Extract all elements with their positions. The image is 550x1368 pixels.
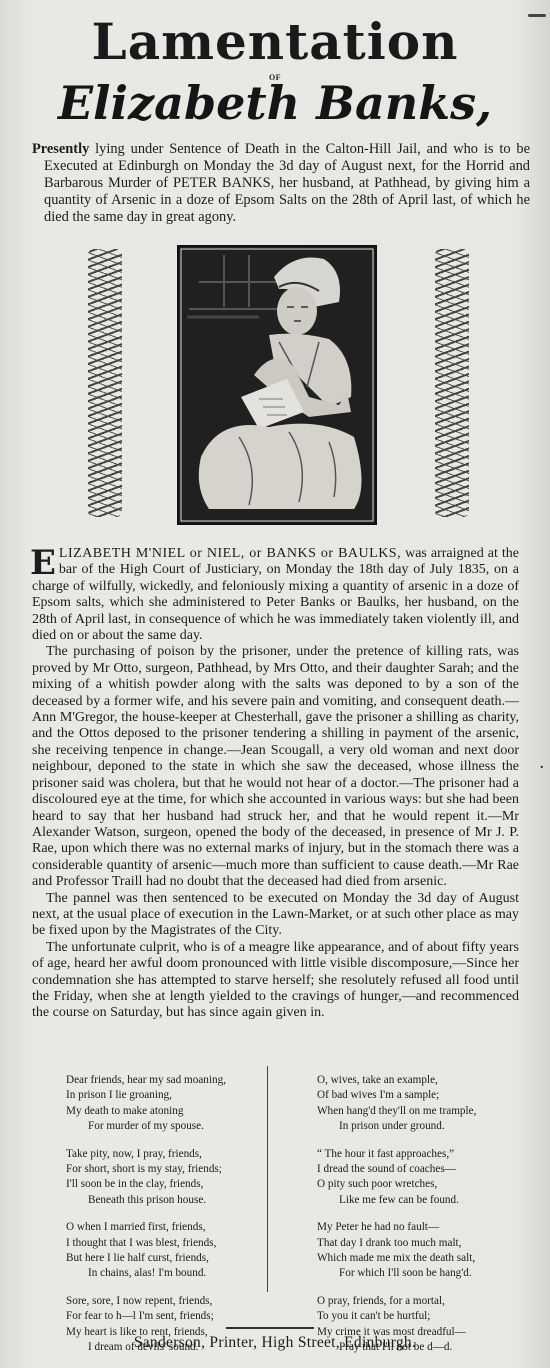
title-name: Elizabeth Banks, (0, 76, 550, 130)
verse-line: Sore, sore, I now repent, friends, (66, 1294, 226, 1309)
accused-names: LIZABETH M'NIEL or NIEL, or BANKS or BAU… (59, 546, 401, 561)
verse-line: But here I lie half curst, friends, (66, 1251, 226, 1266)
verse-line: For short, short is my stay, friends; (66, 1162, 226, 1177)
verse-line: O pray, friends, for a mortal, (317, 1294, 476, 1309)
verse-line: Beneath this prison house. (66, 1193, 226, 1208)
footer-rule-divider (226, 1327, 314, 1329)
scroll-border-left-ornament (88, 249, 122, 517)
woman-reading-icon (179, 247, 375, 523)
verse-line: That day I drank too much malt, (317, 1236, 476, 1251)
subtitle-lead: Presently (32, 141, 89, 157)
verse-line: To you it can't be hurtful; (317, 1309, 476, 1324)
verse-line: Which made me mix the death salt, (317, 1251, 476, 1266)
subtitle-text: lying under Sentence of Death in the Cal… (44, 141, 530, 225)
verse-line: Of bad wives I'm a sample; (317, 1088, 476, 1103)
verse-line: O when I married first, friends, (66, 1220, 226, 1235)
verse-line: My death to make atoning (66, 1104, 226, 1119)
verse-line: In prison I lie groaning, (66, 1088, 226, 1103)
paragraph-sentence: The pannel was then sentenced to be exec… (32, 891, 519, 940)
verse-line: For murder of my spouse. (66, 1119, 226, 1134)
stanza: “ The hour it fast approaches,” I dread … (317, 1147, 476, 1209)
verse-line: Dear friends, hear my sad moaning, (66, 1073, 226, 1088)
verse-line: My Peter he had no fault— (317, 1220, 476, 1235)
stanza: O, wives, take an example, Of bad wives … (317, 1073, 476, 1135)
stanza: My Peter he had no fault— That day I dra… (317, 1220, 476, 1282)
verse-column-right: O, wives, take an example, Of bad wives … (317, 1073, 476, 1368)
verse-line: O pity such poor wretches, (317, 1177, 476, 1192)
paragraph-culprit: The unfortunate culprit, who is of a mea… (32, 940, 519, 1022)
verse-line: In prison under ground. (317, 1119, 476, 1134)
verse-line: In chains, alas! I'm bound. (66, 1266, 226, 1281)
verse-line: For which I'll soon be hang'd. (317, 1266, 476, 1281)
verse-line: Like me few can be found. (317, 1193, 476, 1208)
verse-line: When hang'd they'll on me trample, (317, 1104, 476, 1119)
paragraph-arraignment: ELIZABETH M'NIEL or NIEL, or BANKS or BA… (32, 546, 519, 644)
verse-line: “ The hour it fast approaches,” (317, 1147, 476, 1162)
verse-column-left: Dear friends, hear my sad moaning, In pr… (66, 1073, 226, 1368)
paragraph-evidence: The purchasing of poison by the prisoner… (32, 644, 519, 890)
lament-verses: Dear friends, hear my sad moaning, In pr… (0, 1073, 550, 1298)
verse-line: For fear to h—l I'm sent, friends; (66, 1309, 226, 1324)
verse-line: O, wives, take an example, (317, 1073, 476, 1088)
title-lamentation: Lamentation (0, 14, 550, 70)
verse-line: I'll soon be in the clay, friends, (66, 1177, 226, 1192)
subtitle-summary: Presently lying under Sentence of Death … (32, 141, 530, 226)
dropcap: E (30, 548, 56, 578)
printer-imprint: Sanderson, Printer, High Street, Edinbur… (0, 1334, 550, 1352)
account-text: ELIZABETH M'NIEL or NIEL, or BANKS or BA… (32, 546, 519, 1022)
verse-line: I thought that I was blest, friends, (66, 1236, 226, 1251)
broadside-page: Lamentation OF Elizabeth Banks, Presentl… (0, 0, 550, 1368)
stanza: Take pity, now, I pray, friends, For sho… (66, 1147, 226, 1209)
stanza: Dear friends, hear my sad moaning, In pr… (66, 1073, 226, 1135)
scroll-border-right-ornament (435, 249, 469, 517)
margin-ink-mark: . (540, 757, 544, 773)
verse-line: Take pity, now, I pray, friends, (66, 1147, 226, 1162)
stanza: O when I married first, friends, I thoug… (66, 1220, 226, 1282)
verse-line: I dread the sound of coaches— (317, 1162, 476, 1177)
woodcut-illustration (177, 245, 377, 525)
